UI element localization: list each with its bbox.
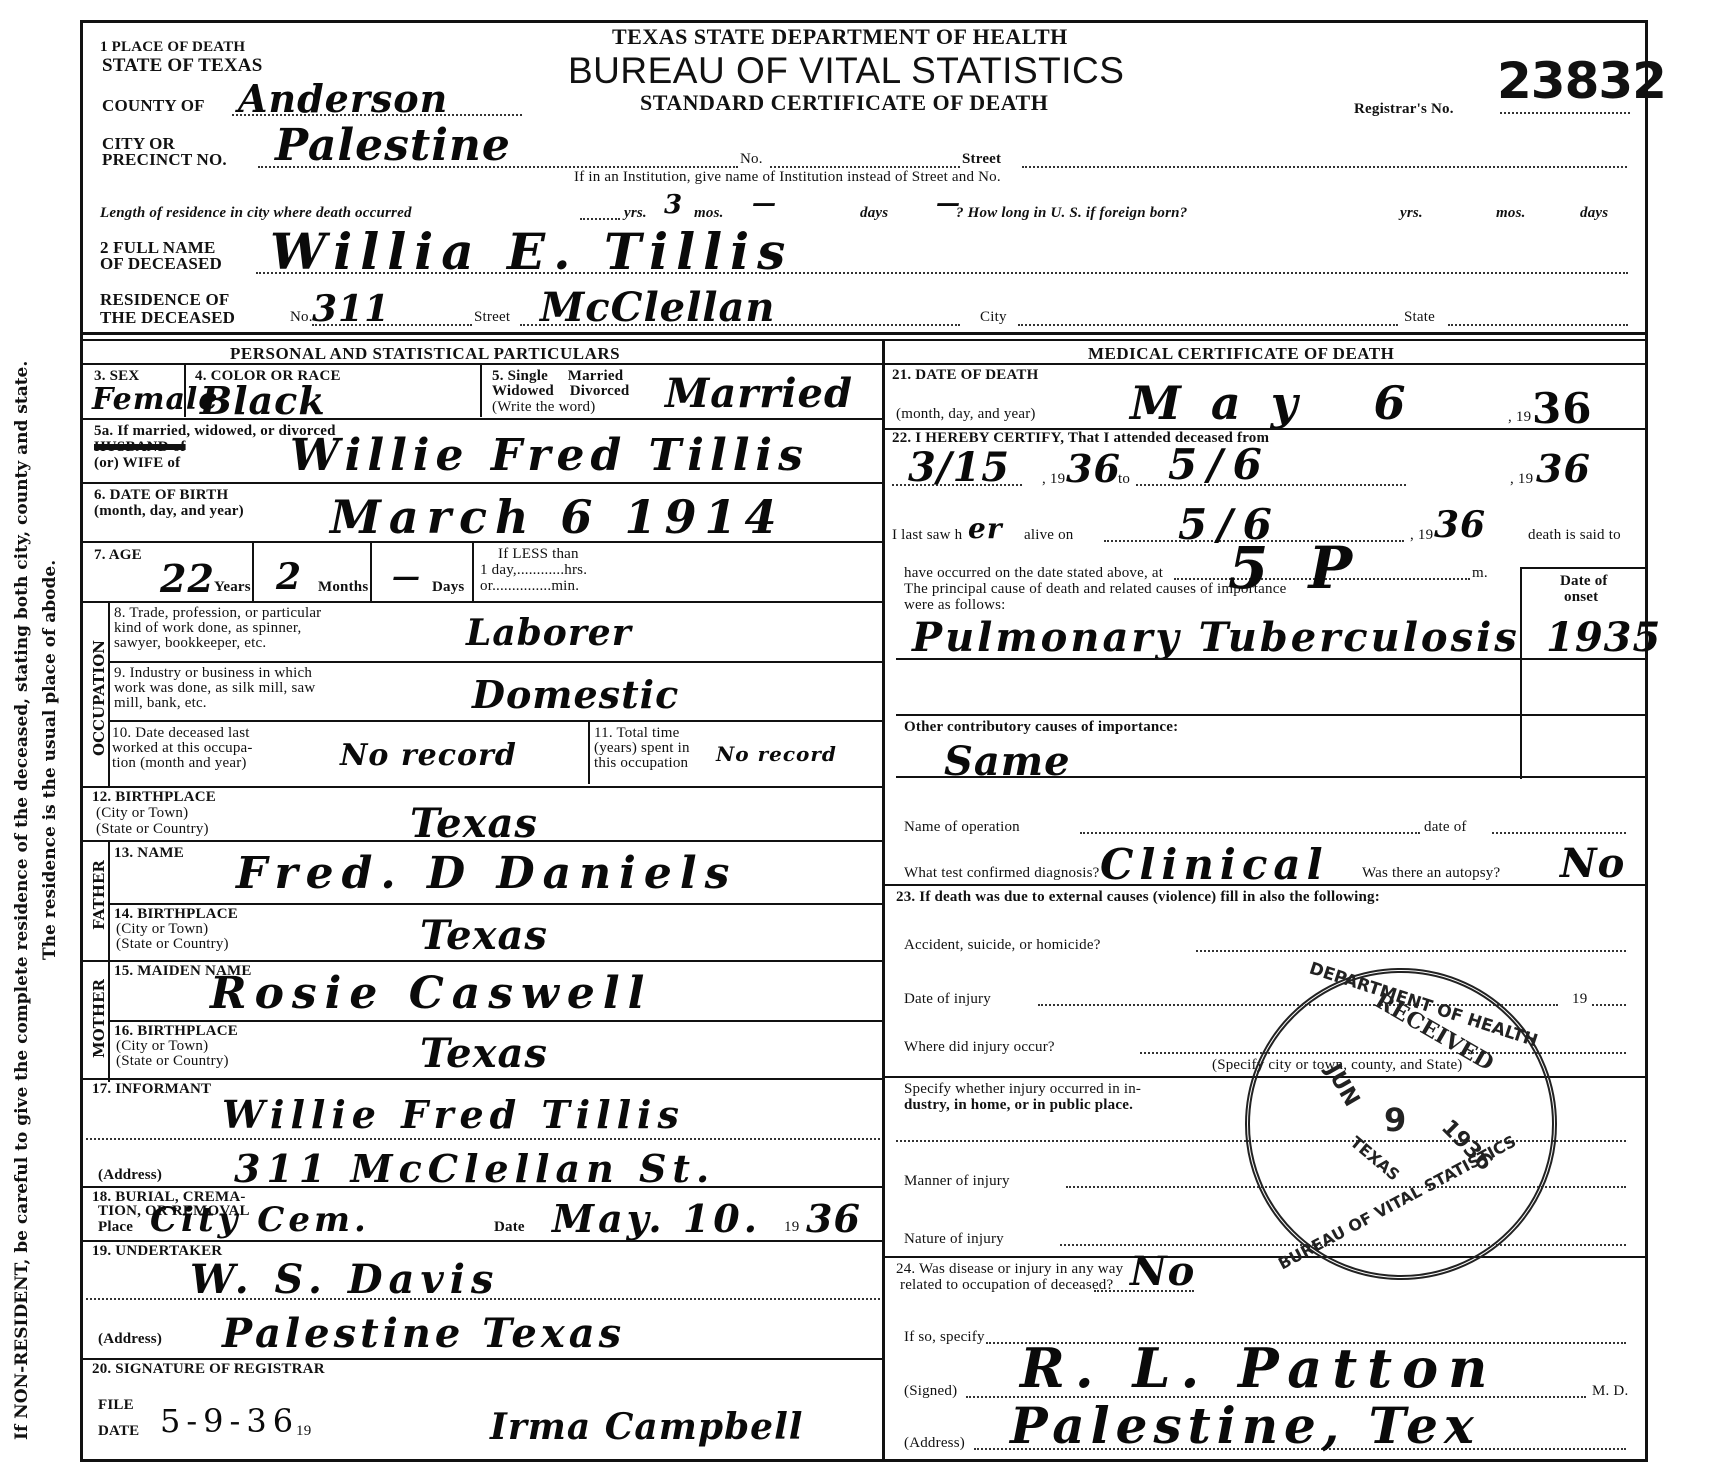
other-causes-label: Other contributory causes of importance: <box>904 720 1178 735</box>
file-date-label: DATE <box>98 1424 139 1439</box>
section-divider <box>82 332 1646 335</box>
residence-state-label: State <box>1404 310 1435 325</box>
last-worked-label-2: worked at this occupa- <box>112 741 253 756</box>
burial-date-value[interactable]: May. 10. <box>552 1196 761 1241</box>
mother-side-label: MOTHER <box>90 979 108 1058</box>
informant-name-line <box>86 1138 880 1140</box>
cell-divider <box>252 543 254 601</box>
onset-value[interactable]: 1935 <box>1546 614 1661 661</box>
foreign-days-label: days <box>1580 206 1608 221</box>
informant-label: 17. INFORMANT <box>92 1082 211 1097</box>
place-type-label-1: Specify whether injury occurred in in- <box>904 1082 1141 1097</box>
father-birthplace-label-3: (State or Country) <box>116 937 229 952</box>
city-line <box>258 166 738 168</box>
row-line <box>82 482 882 484</box>
residence-city-label: City <box>980 310 1007 325</box>
total-time-label-3: this occupation <box>594 756 688 771</box>
md-label: M. D. <box>1592 1384 1628 1399</box>
mother-birthplace-label-2: (City or Town) <box>116 1039 208 1054</box>
stamp-bottom-arc: BUREAU OF VITAL STATISTICS <box>1275 1132 1519 1274</box>
age-label: 7. AGE <box>94 548 142 563</box>
onset-label-1: Date of <box>1560 574 1608 589</box>
form-title: STANDARD CERTIFICATE OF DEATH <box>640 90 1048 116</box>
father-birthplace-value[interactable]: Texas <box>420 912 548 959</box>
row-line <box>82 1358 882 1360</box>
father-name-label: 13. NAME <box>114 846 184 861</box>
row-line <box>82 363 882 365</box>
no-label: No. <box>740 152 763 167</box>
attended-from-year[interactable]: 36 <box>1066 446 1121 491</box>
city-label-1: CITY OR <box>102 136 175 151</box>
m-label: m. <box>1472 566 1488 581</box>
dod-label-1: 21. DATE OF DEATH <box>892 368 1038 383</box>
industry-label-2: work was done, as silk mill, saw <box>114 681 315 696</box>
department-title: TEXAS STATE DEPARTMENT OF HEALTH <box>612 24 1068 50</box>
residence-label-1: RESIDENCE OF <box>100 292 229 307</box>
other-causes-line <box>896 776 1646 778</box>
last-saw-year-prefix: , 19 <box>1410 528 1433 543</box>
birthplace-label-3: (State or Country) <box>96 822 209 837</box>
bureau-title: BUREAU OF VITAL STATISTICS <box>568 50 1124 92</box>
stamp-month: JUN <box>1320 1060 1364 1111</box>
operation-line <box>1080 832 1420 834</box>
onset-box-left <box>1520 567 1522 779</box>
full-name-label-2: OF DECEASED <box>100 256 222 271</box>
days-label-age: Days <box>432 580 464 595</box>
cell-divider <box>370 543 372 601</box>
file-label: FILE <box>98 1398 134 1413</box>
industry-label-3: mill, bank, etc. <box>114 696 207 711</box>
less-than-label-2: 1 day,............hrs. <box>480 563 587 578</box>
manner-label: Manner of injury <box>904 1174 1010 1189</box>
medical-section-title: MEDICAL CERTIFICATE OF DEATH <box>1088 344 1394 364</box>
row-line <box>82 960 882 962</box>
full-name-label-1: 2 FULL NAME <box>100 240 216 255</box>
race-value[interactable]: Black <box>200 378 326 423</box>
occupational-value[interactable]: No <box>1130 1248 1195 1295</box>
cell-divider <box>480 365 482 417</box>
burial-date-label: Date <box>494 1220 525 1235</box>
birthplace-label-1: 12. BIRTHPLACE <box>92 790 216 805</box>
undertaker-name-value[interactable]: W. S. Davis <box>190 1256 499 1303</box>
dod-label-2: (month, day, and year) <box>896 407 1036 422</box>
death-said-label: death is said to <box>1528 528 1621 543</box>
mother-birthplace-label-1: 16. BIRTHPLACE <box>114 1024 238 1039</box>
yrs-label: yrs. <box>624 206 647 221</box>
cause-line-2 <box>896 714 1646 716</box>
row-line <box>82 1078 882 1080</box>
foreign-born-label: ? How long in U. S. if foreign born? <box>956 206 1187 221</box>
yrs-line <box>580 218 620 220</box>
spouse-value[interactable]: Willie Fred Tillis <box>290 430 809 481</box>
column-divider <box>882 339 885 1462</box>
county-label: COUNTY OF <box>102 98 205 113</box>
marital-label-2: Widowed Divorced <box>492 384 629 399</box>
no-line <box>770 166 960 168</box>
principal-cause-value[interactable]: Pulmonary Tuberculosis <box>912 614 1520 661</box>
row-line <box>82 418 882 420</box>
birthplace-label-2: (City or Town) <box>96 806 188 821</box>
personal-section-title: PERSONAL AND STATISTICAL PARTICULARS <box>230 344 620 364</box>
institution-note: If in an Institution, give name of Insti… <box>574 170 1001 185</box>
test-value[interactable]: Clinical <box>1100 840 1329 889</box>
spouse-label-3: (or) WIFE of <box>94 456 180 471</box>
mother-name-value[interactable]: Rosie Caswell <box>210 968 652 1019</box>
autopsy-label: Was there an autopsy? <box>1362 866 1500 881</box>
spouse-label-2: HUSBAND of <box>94 440 186 455</box>
accident-label: Accident, suicide, or homicide? <box>904 938 1101 953</box>
row-line <box>110 1020 882 1022</box>
physician-signature[interactable]: R. L. Patton <box>1020 1336 1497 1400</box>
dod-year-value[interactable]: 36 <box>1532 384 1592 433</box>
attended-from-value[interactable]: 3/15 <box>908 444 1010 491</box>
mother-birthplace-label-3: (State or Country) <box>116 1054 229 1069</box>
residence-city-line <box>1018 324 1398 326</box>
residence-no-label: No. <box>290 310 313 325</box>
residence-street-label: Street <box>474 310 510 325</box>
onset-label-2: onset <box>1564 590 1598 605</box>
city-label-2: PRECINCT NO. <box>102 152 227 167</box>
occurred-label: have occurred on the date stated above, … <box>904 566 1163 581</box>
external-causes-label: 23. If death was due to external causes … <box>896 890 1380 905</box>
registrar-label: 20. SIGNATURE OF REGISTRAR <box>92 1362 325 1377</box>
county-line <box>232 114 522 116</box>
cell-divider <box>472 543 474 601</box>
mos-label: mos. <box>694 206 724 221</box>
attended-to-value[interactable]: 5/6 <box>1168 440 1272 489</box>
undertaker-name-line <box>86 1298 880 1300</box>
street-line <box>1022 166 1627 168</box>
section-divider-2 <box>82 339 1646 341</box>
dod-value[interactable]: May 6 <box>1130 376 1435 430</box>
operation-date-label: date of <box>1424 820 1467 835</box>
informant-name-value[interactable]: Willie Fred Tillis <box>222 1092 685 1137</box>
cell-divider <box>588 722 590 784</box>
attended-to-label: to <box>1118 472 1130 487</box>
injury-year-line <box>1592 1004 1626 1006</box>
attended-to-year[interactable]: 36 <box>1536 446 1591 491</box>
operation-date-line <box>1492 832 1626 834</box>
dob-label-1: 6. DATE OF BIRTH <box>94 488 228 503</box>
residence-street-line <box>520 324 960 326</box>
occupational-label-1: 24. Was disease or injury in any way <box>896 1262 1123 1277</box>
last-saw-label-2: alive on <box>1024 528 1074 543</box>
side-divider <box>108 962 110 1082</box>
registrar-signature[interactable]: Irma Campbell <box>490 1406 803 1448</box>
father-side-label: FATHER <box>90 860 108 930</box>
row-line <box>110 661 882 663</box>
specify-label: If so, specify <box>904 1330 985 1345</box>
attended-to-year-prefix: , 19 <box>1510 472 1533 487</box>
undertaker-address-label: (Address) <box>98 1332 162 1347</box>
city-value[interactable]: Palestine <box>275 120 511 171</box>
row-line <box>885 363 1646 365</box>
trade-label-3: sawyer, bookkeeper, etc. <box>114 636 266 651</box>
dod-year-prefix: , 19 <box>1508 410 1531 425</box>
years-label: Years <box>214 580 251 595</box>
street-label: Street <box>962 152 1001 167</box>
where-label: Where did injury occur? <box>904 1040 1055 1055</box>
margin-note-line2: The residence is the usual place of abod… <box>40 560 60 960</box>
informant-address-value[interactable]: 311 McClellan St. <box>234 1146 715 1191</box>
row-line <box>82 541 882 543</box>
cell-divider <box>184 365 186 417</box>
age-years-value[interactable]: 22 <box>160 556 215 601</box>
days-label: days <box>860 206 888 221</box>
registrar-number: 23832 <box>1497 52 1666 110</box>
mos-value[interactable]: — <box>752 188 777 217</box>
yrs-value[interactable]: 3 <box>664 190 683 220</box>
stamp-state: TEXAS <box>1347 1133 1404 1185</box>
row-line <box>82 601 882 603</box>
total-time-value[interactable]: No record <box>716 742 837 766</box>
marital-label-3: (Write the word) <box>492 400 595 415</box>
place-of-death-label: 1 PLACE OF DEATH <box>100 40 245 55</box>
autopsy-value[interactable]: No <box>1560 840 1625 887</box>
burial-year-prefix: 19 <box>784 1220 799 1235</box>
trade-label-1: 8. Trade, profession, or particular <box>114 606 321 621</box>
occupational-label-2: related to occupation of deceased? <box>900 1278 1113 1293</box>
foreign-yrs-label: yrs. <box>1400 206 1423 221</box>
occupation-side-label: OCCUPATION <box>90 640 108 756</box>
total-time-label-1: 11. Total time <box>594 726 680 741</box>
industry-value[interactable]: Domestic <box>472 672 679 717</box>
last-saw-pronoun[interactable]: er <box>968 512 1003 545</box>
row-line <box>82 786 882 788</box>
cause-line-1 <box>896 658 1646 660</box>
trade-label-2: kind of work done, as spinner, <box>114 621 301 636</box>
residence-length-label: Length of residence in city where death … <box>100 206 412 221</box>
nature-label: Nature of injury <box>904 1232 1004 1247</box>
cause-label-1: The principal cause of death and related… <box>904 582 1286 597</box>
stamp-day: 9 <box>1384 1101 1406 1139</box>
row-line <box>82 1186 882 1188</box>
cause-label-2: were as follows: <box>904 598 1006 613</box>
registrar-no-line <box>1500 112 1630 114</box>
accident-line <box>1196 950 1626 952</box>
full-name-line <box>256 272 1628 274</box>
total-time-label-2: (years) spent in <box>594 741 690 756</box>
father-birthplace-label-2: (City or Town) <box>116 922 208 937</box>
burial-year-value[interactable]: 36 <box>806 1196 861 1241</box>
side-divider <box>108 603 110 787</box>
dob-value[interactable]: March 6 1914 <box>330 490 784 544</box>
row-line <box>885 1256 1646 1258</box>
residence-label-2: THE DECEASED <box>100 310 235 325</box>
less-than-label-3: or...............min. <box>480 579 579 594</box>
physician-address-label: (Address) <box>904 1436 965 1451</box>
file-year-prefix: 19 <box>296 1424 311 1439</box>
injury-date-label: Date of injury <box>904 992 991 1007</box>
residence-state-line <box>1448 324 1628 326</box>
file-date-value[interactable]: 5-9-36 <box>160 1402 299 1440</box>
state-of-texas-label: STATE OF TEXAS <box>102 56 262 75</box>
registrar-no-label: Registrar's No. <box>1354 102 1454 117</box>
row-line <box>885 884 1646 886</box>
last-worked-value[interactable]: No record <box>340 738 517 773</box>
received-stamp: DEPARTMENT OF HEALTH RECEIVED JUN 9 1936… <box>1245 968 1557 1280</box>
operation-label: Name of operation <box>904 820 1020 835</box>
row-line <box>82 1240 882 1242</box>
less-than-label-1: If LESS than <box>498 547 579 562</box>
age-months-value[interactable]: 2 <box>276 556 302 598</box>
injury-year-prefix: 19 <box>1572 992 1587 1007</box>
signed-label: (Signed) <box>904 1384 957 1399</box>
marital-label-1: 5. Single Married <box>492 369 623 384</box>
months-label: Months <box>318 580 368 595</box>
burial-place-label: Place <box>98 1220 133 1235</box>
informant-address-label: (Address) <box>98 1168 162 1183</box>
marital-value[interactable]: Married <box>665 370 853 417</box>
last-worked-label-3: tion (month and year) <box>112 756 247 771</box>
attended-from-year-prefix: , 19 <box>1042 472 1065 487</box>
trade-value[interactable]: Laborer <box>466 612 632 654</box>
dob-label-2: (month, day, and year) <box>94 504 244 519</box>
row-line <box>82 840 882 842</box>
place-type-label-2: dustry, in home, or in public place. <box>904 1098 1133 1113</box>
onset-box-top <box>1520 567 1646 569</box>
burial-place-value[interactable]: City Cem. <box>150 1200 370 1240</box>
undertaker-address-value[interactable]: Palestine Texas <box>222 1310 625 1357</box>
industry-label-1: 9. Industry or business in which <box>114 666 312 681</box>
physician-address-value[interactable]: Palestine, Tex <box>1010 1396 1480 1455</box>
test-label: What test confirmed diagnosis? <box>904 866 1100 881</box>
last-worked-label-1: 10. Date deceased last <box>112 726 250 741</box>
age-days-value[interactable]: — <box>392 560 421 593</box>
father-name-value[interactable]: Fred. D Daniels <box>236 848 737 899</box>
occupational-line <box>1094 1290 1194 1292</box>
last-saw-label-1: I last saw h <box>892 528 962 543</box>
mother-birthplace-value[interactable]: Texas <box>420 1030 548 1077</box>
father-birthplace-label-1: 14. BIRTHPLACE <box>114 907 238 922</box>
row-line <box>110 720 882 722</box>
margin-note-line1: If NON-RESIDENT, be careful to give the … <box>12 361 32 1440</box>
foreign-mos-label: mos. <box>1496 206 1526 221</box>
residence-no-line <box>312 324 472 326</box>
last-saw-year[interactable]: 36 <box>1434 504 1486 546</box>
row-line <box>110 903 882 905</box>
